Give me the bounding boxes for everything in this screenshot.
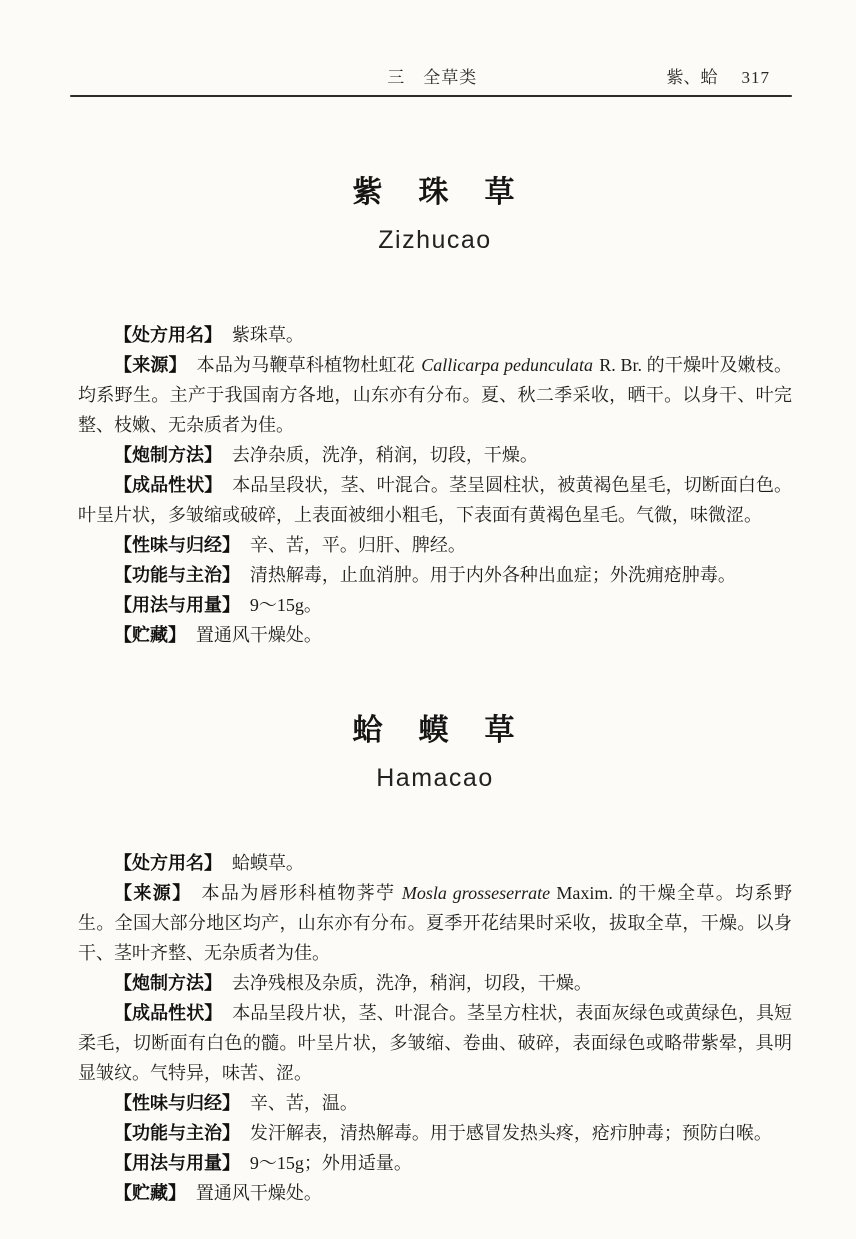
field-text: 9～15g；外用适量。 <box>250 1153 412 1173</box>
field-label: 【性味与归经】 <box>114 535 240 555</box>
field-storage: 【贮藏】置通风干燥处。 <box>78 620 792 650</box>
book-page: 三 全草类 紫、蛤317 紫 珠 草 Zizhucao 【处方用名】紫珠草。 【… <box>0 0 856 1239</box>
header-folio: 紫、蛤317 <box>667 66 771 90</box>
field-function-indication: 【功能与主治】清热解毒，止血消肿。用于内外各种出血症；外洗痈疮肿毒。 <box>78 560 792 590</box>
latin-binomial: Callicarpa pedunculata <box>421 355 593 375</box>
field-function-indication: 【功能与主治】发汗解表，清热解毒。用于感冒发热头疼，疮疖肿毒；预防白喉。 <box>78 1118 792 1148</box>
field-property-meridian: 【性味与归经】辛、苦，温。 <box>78 1088 792 1118</box>
header-page-number: 317 <box>742 68 771 87</box>
field-processing-method: 【炮制方法】去净残根及杂质，洗净，稍润，切段，干燥。 <box>78 968 792 998</box>
field-prescription-name: 【处方用名】蛤蟆草。 <box>78 848 792 878</box>
field-property-meridian: 【性味与归经】辛、苦，平。归肝、脾经。 <box>78 530 792 560</box>
field-text: 紫珠草。 <box>232 325 304 345</box>
field-text-pre: 本品为唇形科植物荠苧 <box>202 883 396 903</box>
field-text: 9～15g。 <box>250 595 322 615</box>
header-entry-index: 紫、蛤 <box>667 68 718 87</box>
field-processing-method: 【炮制方法】去净杂质，洗净，稍润，切段，干燥。 <box>78 440 792 470</box>
field-text: 置通风干燥处。 <box>196 1183 322 1203</box>
header-rule <box>70 95 792 97</box>
entry-zizhucao: 紫 珠 草 Zizhucao 【处方用名】紫珠草。 【来源】本品为马鞭草科植物杜… <box>78 175 792 650</box>
field-text: 辛、苦，温。 <box>250 1093 358 1113</box>
field-dosage: 【用法与用量】9～15g；外用适量。 <box>78 1148 792 1178</box>
field-label: 【用法与用量】 <box>114 595 240 615</box>
entry-hamacao: 蛤 蟆 草 Hamacao 【处方用名】蛤蟆草。 【来源】本品为唇形科植物荠苧M… <box>78 713 792 1208</box>
latin-binomial: Mosla grosseserrate <box>402 883 550 903</box>
entry-title: 紫 珠 草 <box>78 175 792 211</box>
field-storage: 【贮藏】置通风干燥处。 <box>78 1178 792 1208</box>
field-label: 【成品性状】 <box>114 475 222 495</box>
entry-title: 蛤 蟆 草 <box>78 713 792 749</box>
field-product-characters: 【成品性状】本品呈段状，茎、叶混合。茎呈圆柱状，被黄褐色星毛，切断面白色。叶呈片… <box>78 470 792 530</box>
field-label: 【来源】 <box>114 355 187 375</box>
field-text: 去净残根及杂质，洗净，稍润，切段，干燥。 <box>232 973 592 993</box>
field-label: 【处方用名】 <box>114 325 222 345</box>
field-label: 【炮制方法】 <box>114 973 222 993</box>
field-text-pre: 本品为马鞭草科植物杜虹花 <box>197 355 415 375</box>
field-prescription-name: 【处方用名】紫珠草。 <box>78 320 792 350</box>
entry-pinyin: Hamacao <box>78 763 792 793</box>
field-text: 置通风干燥处。 <box>196 625 322 645</box>
field-label: 【性味与归经】 <box>114 1093 240 1113</box>
entry-fields: 【处方用名】紫珠草。 【来源】本品为马鞭草科植物杜虹花Callicarpa pe… <box>78 320 792 650</box>
field-label: 【功能与主治】 <box>114 1123 240 1143</box>
entry-fields: 【处方用名】蛤蟆草。 【来源】本品为唇形科植物荠苧Mosla grosseser… <box>78 848 792 1208</box>
field-source: 【来源】本品为马鞭草科植物杜虹花Callicarpa pedunculataR.… <box>78 350 792 440</box>
field-source: 【来源】本品为唇形科植物荠苧Mosla grosseserrateMaxim. … <box>78 878 792 968</box>
field-label: 【炮制方法】 <box>114 445 222 465</box>
field-product-characters: 【成品性状】本品呈段片状，茎、叶混合。茎呈方柱状，表面灰绿色或黄绿色，具短柔毛，… <box>78 998 792 1088</box>
field-label: 【成品性状】 <box>114 1003 222 1023</box>
field-label: 【处方用名】 <box>114 853 222 873</box>
entry-pinyin: Zizhucao <box>78 225 792 255</box>
page-header: 三 全草类 紫、蛤317 <box>78 66 792 90</box>
field-dosage: 【用法与用量】9～15g。 <box>78 590 792 620</box>
field-label: 【用法与用量】 <box>114 1153 240 1173</box>
field-text: 辛、苦，平。归肝、脾经。 <box>250 535 466 555</box>
field-text: 蛤蟆草。 <box>232 853 304 873</box>
field-label: 【贮藏】 <box>114 625 186 645</box>
field-label: 【贮藏】 <box>114 1183 186 1203</box>
field-label: 【来源】 <box>114 883 192 903</box>
field-text: 清热解毒，止血消肿。用于内外各种出血症；外洗痈疮肿毒。 <box>250 565 736 585</box>
field-label: 【功能与主治】 <box>114 565 240 585</box>
header-section-title: 三 全草类 <box>387 66 477 90</box>
field-text: 发汗解表，清热解毒。用于感冒发热头疼，疮疖肿毒；预防白喉。 <box>250 1123 772 1143</box>
field-text: 去净杂质，洗净，稍润，切段，干燥。 <box>232 445 538 465</box>
